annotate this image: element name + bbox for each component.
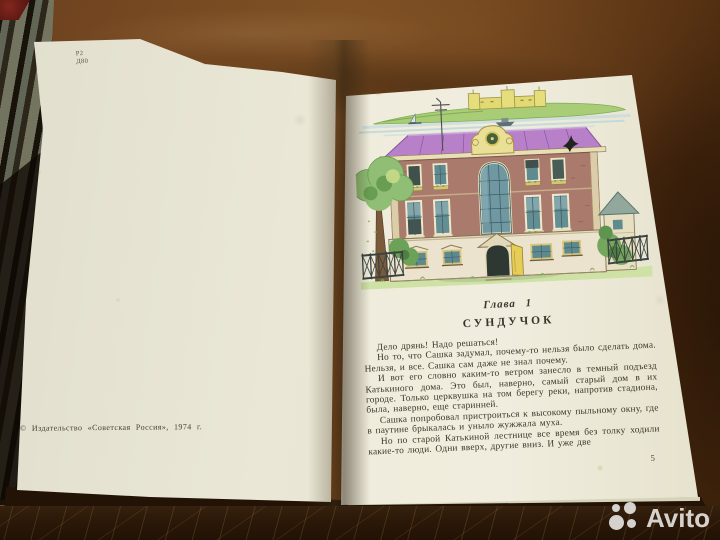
yellow-open-door <box>511 243 523 275</box>
copyright-line: © Издательство «Советская Россия», 1974 … <box>20 422 202 433</box>
avito-wordmark: Avito <box>646 503 710 533</box>
body-text: Дело дрянь! Надо решаться! Но то, что Са… <box>363 330 660 458</box>
classification-stamp: Р2 Д80 <box>76 50 89 66</box>
fortress <box>468 84 546 109</box>
right-page-content: Глава 1 СУНДУЧОК Дело дрянь! Надо решать… <box>352 79 661 476</box>
house-illustration <box>352 79 653 290</box>
avito-watermark: Avito <box>609 502 710 534</box>
photo-of-open-book: Р2 Д80 © Издательство «Советская Россия»… <box>0 0 720 540</box>
avito-logo-icon <box>609 502 641 534</box>
entrance-door <box>485 244 510 277</box>
stamp-line: Д80 <box>76 57 89 65</box>
